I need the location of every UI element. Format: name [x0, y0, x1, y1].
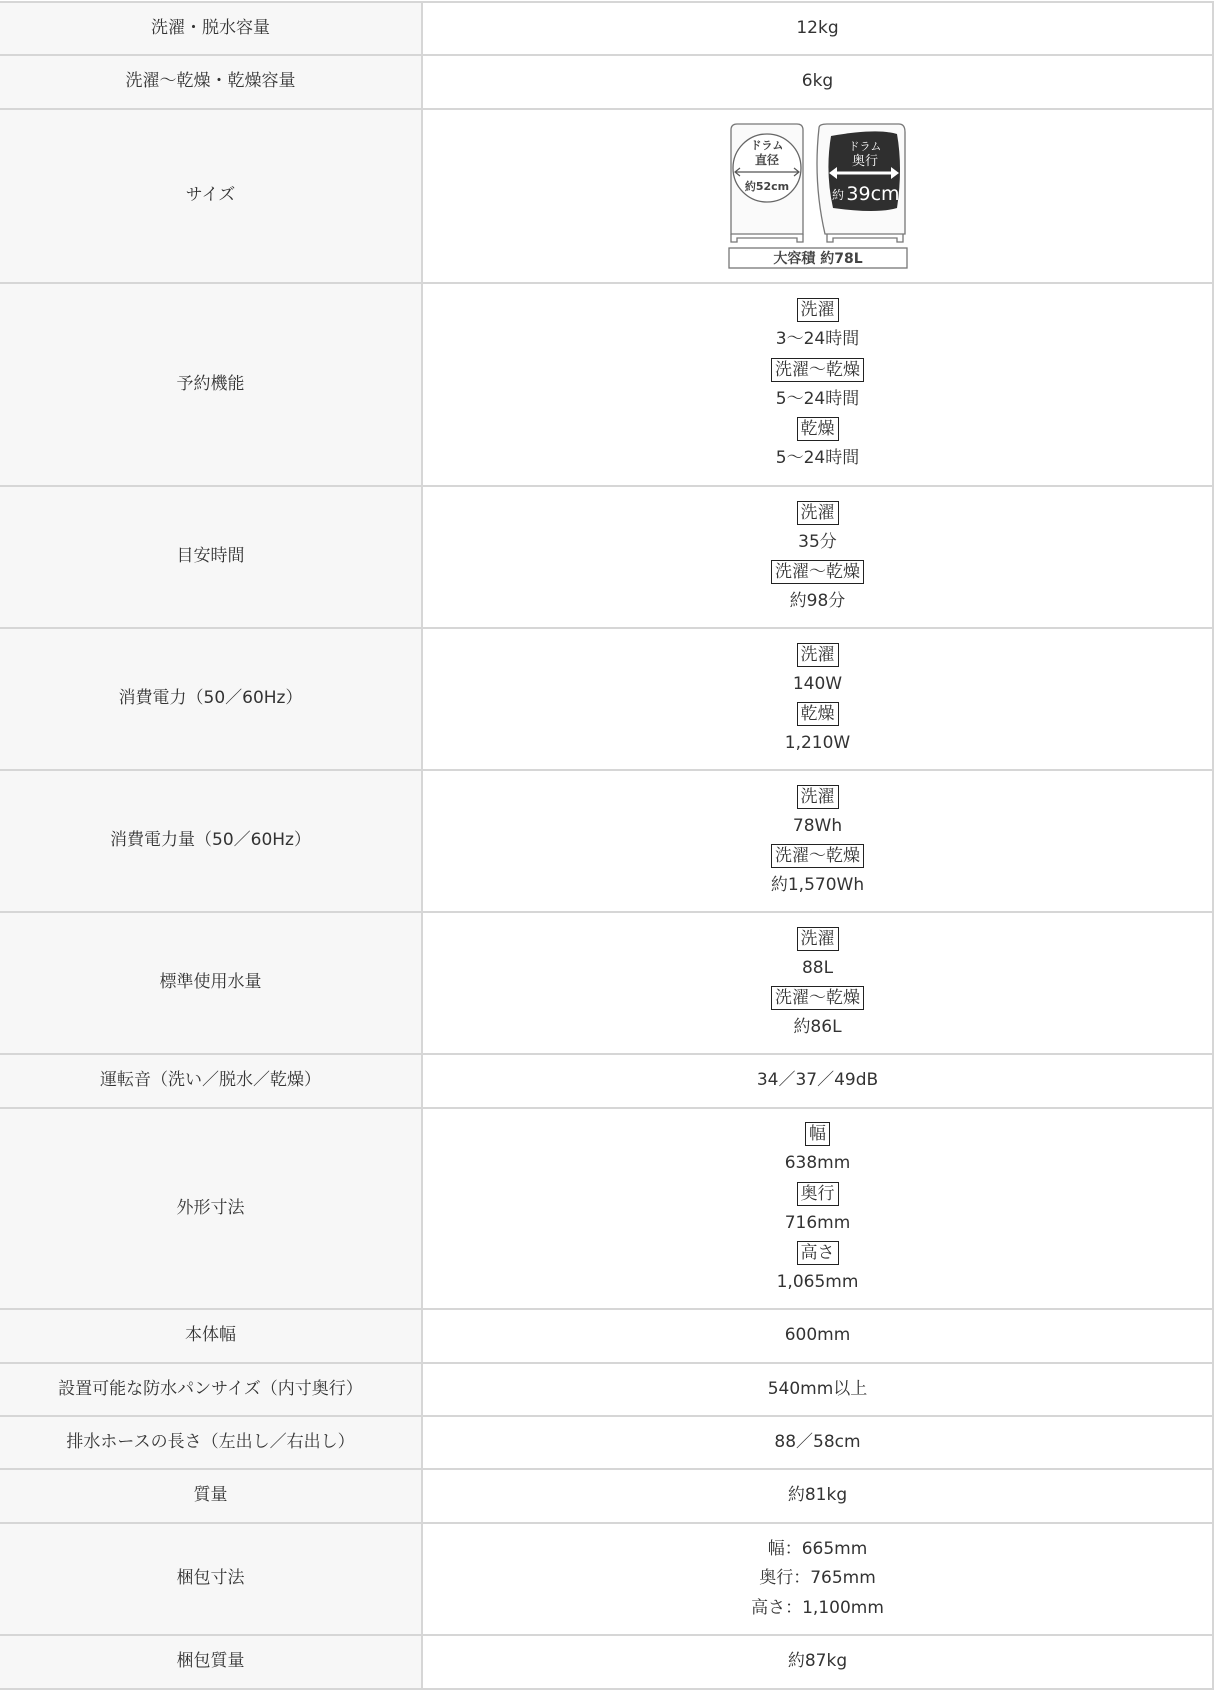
mode-value: 5〜24時間: [776, 444, 859, 474]
row-value: 洗濯 140W 乾燥 1,210W: [422, 628, 1213, 770]
row-value: 540mm以上: [422, 1363, 1213, 1416]
row-value: 約87kg: [422, 1635, 1213, 1689]
mode-tag: 洗濯〜乾燥: [771, 986, 864, 1010]
mode-tag: 乾燥: [797, 417, 839, 441]
dimension-tag: 高さ: [797, 1241, 839, 1265]
mode-tag: 洗濯〜乾燥: [771, 560, 864, 584]
mode-tag: 洗濯: [797, 298, 839, 322]
drum-depth-prefix: 約: [831, 188, 843, 202]
row-value: 6kg: [422, 55, 1213, 109]
table-row: 外形寸法 幅 638mm 奥行 716mm 高さ 1,065mm: [0, 1108, 1213, 1309]
row-value: 約81kg: [422, 1469, 1213, 1523]
row-label: 目安時間: [0, 486, 422, 628]
row-label: 洗濯〜乾燥・乾燥容量: [0, 55, 422, 109]
row-value: 12kg: [422, 2, 1213, 55]
row-value: 洗濯 88L 洗濯〜乾燥 約86L: [422, 912, 1213, 1054]
table-row: 標準使用水量 洗濯 88L 洗濯〜乾燥 約86L: [0, 912, 1213, 1054]
mode-tag: 洗濯: [797, 927, 839, 951]
row-label: 予約機能: [0, 283, 422, 486]
row-value: 洗濯 35分 洗濯〜乾燥 約98分: [422, 486, 1213, 628]
row-label: 本体幅: [0, 1309, 422, 1363]
table-row: 設置可能な防水パンサイズ（内寸奥行） 540mm以上: [0, 1363, 1213, 1416]
spec-table: 洗濯・脱水容量 12kg 洗濯〜乾燥・乾燥容量 6kg サイズ ドラム 直径 約…: [0, 1, 1214, 1690]
mode-value: 約1,570Wh: [771, 871, 864, 901]
mode-value: 3〜24時間: [776, 325, 859, 355]
table-row: 予約機能 洗濯 3〜24時間 洗濯〜乾燥 5〜24時間 乾燥 5〜24時間: [0, 283, 1213, 486]
row-value: 34／37／49dB: [422, 1054, 1213, 1108]
table-row: 消費電力（50／60Hz） 洗濯 140W 乾燥 1,210W: [0, 628, 1213, 770]
table-row: 目安時間 洗濯 35分 洗濯〜乾燥 約98分: [0, 486, 1213, 628]
row-label: サイズ: [0, 109, 422, 283]
table-row: 消費電力量（50／60Hz） 洗濯 78Wh 洗濯〜乾燥 約1,570Wh: [0, 770, 1213, 912]
row-label: 設置可能な防水パンサイズ（内寸奥行）: [0, 1363, 422, 1416]
row-value: 洗濯 78Wh 洗濯〜乾燥 約1,570Wh: [422, 770, 1213, 912]
table-row: 洗濯・脱水容量 12kg: [0, 2, 1213, 55]
row-label: 洗濯・脱水容量: [0, 2, 422, 55]
row-value: ドラム 直径 約52cm ドラム 奥行 約 39cm 大容積 約78L: [422, 109, 1213, 283]
drum-diameter-title-1: ドラム: [750, 139, 783, 152]
row-label: 運転音（洗い／脱水／乾燥）: [0, 1054, 422, 1108]
dimension-value: 716mm: [785, 1209, 851, 1239]
drum-diameter-value: 約52cm: [744, 179, 788, 193]
row-value: 洗濯 3〜24時間 洗濯〜乾燥 5〜24時間 乾燥 5〜24時間: [422, 283, 1213, 486]
mode-tag: 乾燥: [797, 702, 839, 726]
dimension-value: 638mm: [785, 1149, 851, 1179]
package-width: 幅：665mm: [768, 1535, 868, 1565]
mode-value: 88L: [802, 954, 833, 984]
mode-tag: 洗濯〜乾燥: [771, 844, 864, 868]
table-row: 本体幅 600mm: [0, 1309, 1213, 1363]
capacity-label: 大容積 約78L: [773, 250, 862, 267]
row-label: 梱包質量: [0, 1635, 422, 1689]
mode-value: 35分: [798, 528, 837, 558]
mode-value: 78Wh: [793, 812, 842, 842]
drum-depth-value: 39cm: [846, 183, 899, 205]
row-label: 梱包寸法: [0, 1523, 422, 1635]
mode-tag: 洗濯: [797, 643, 839, 667]
row-label: 質量: [0, 1469, 422, 1523]
row-value: 幅：665mm 奥行：765mm 高さ：1,100mm: [422, 1523, 1213, 1635]
row-value: 600mm: [422, 1309, 1213, 1363]
dimension-tag: 幅: [805, 1122, 830, 1146]
drum-depth-title-1: ドラム: [848, 140, 881, 153]
mode-tag: 洗濯: [797, 501, 839, 525]
row-label: 排水ホースの長さ（左出し／右出し）: [0, 1416, 422, 1469]
row-label: 消費電力（50／60Hz）: [0, 628, 422, 770]
table-row: 排水ホースの長さ（左出し／右出し） 88／58cm: [0, 1416, 1213, 1469]
row-label: 外形寸法: [0, 1108, 422, 1309]
table-row: 梱包寸法 幅：665mm 奥行：765mm 高さ：1,100mm: [0, 1523, 1213, 1635]
table-row: 洗濯〜乾燥・乾燥容量 6kg: [0, 55, 1213, 109]
mode-value: 1,210W: [785, 729, 850, 759]
dimension-tag: 奥行: [797, 1182, 839, 1206]
drum-diameter-title-2: 直径: [754, 152, 778, 167]
dimension-value: 1,065mm: [777, 1268, 859, 1298]
drum-depth-title-2: 奥行: [851, 153, 877, 169]
table-row: 質量 約81kg: [0, 1469, 1213, 1523]
mode-value: 約98分: [790, 587, 846, 617]
row-value: 88／58cm: [422, 1416, 1213, 1469]
table-row: 梱包質量 約87kg: [0, 1635, 1213, 1689]
table-row: 運転音（洗い／脱水／乾燥） 34／37／49dB: [0, 1054, 1213, 1108]
drum-size-illustration: ドラム 直径 約52cm ドラム 奥行 約 39cm 大容積 約78L: [727, 122, 909, 270]
package-height: 高さ：1,100mm: [751, 1594, 884, 1624]
row-value: 幅 638mm 奥行 716mm 高さ 1,065mm: [422, 1108, 1213, 1309]
mode-value: 約86L: [793, 1013, 841, 1043]
row-label: 標準使用水量: [0, 912, 422, 1054]
mode-value: 140W: [793, 670, 842, 700]
mode-tag: 洗濯〜乾燥: [771, 358, 864, 382]
row-label: 消費電力量（50／60Hz）: [0, 770, 422, 912]
mode-tag: 洗濯: [797, 785, 839, 809]
package-depth: 奥行：765mm: [759, 1564, 876, 1594]
table-row: サイズ ドラム 直径 約52cm ドラム 奥行: [0, 109, 1213, 283]
mode-value: 5〜24時間: [776, 385, 859, 415]
